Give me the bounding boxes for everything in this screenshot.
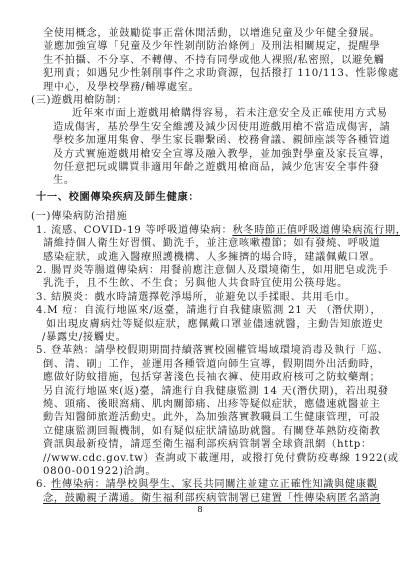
text-line: 請維持個人衛生好習慣、勤洗手，並注意咳嗽禮節；如有發燒、呼吸道 xyxy=(43,237,400,250)
text-segment: (三)遊戲用槍防制： xyxy=(31,95,127,106)
text-segment: 請維持個人衛生好習慣、勤洗手，並注意咳嗽禮節；如有發燒、呼吸道 xyxy=(43,238,381,249)
text-line: 燒、頭痛、後眼窩痛、肌肉關節痛、出疹等疑似症狀，應儘速就醫並主 xyxy=(43,398,400,411)
text-segment: 0800-001922)洽詢。 xyxy=(43,466,156,477)
text-segment: 動告知醫師旅遊活動史。此外，為加強落實教職員工生健康管理，可設 xyxy=(43,412,381,423)
text-line: 犯刑責；如遇兒少性剝削事件之求助資源，包括撥打 110/113、性影像處 xyxy=(43,67,400,80)
text-segment: 4.M 痘：自流行地區來/返臺，請進行自我健康監測 21 天 （潛伏期）， xyxy=(36,305,381,316)
text-line: 並應加強宣導「兒童及少年性剝削防治條例」及刑法相關規定，提醒學 xyxy=(43,40,400,53)
text-line: 5. 登革熱：請學校假期期間持續落實校園權管場域環境消毒及執行「巡、 xyxy=(36,344,400,357)
text-segment: 勿任意把玩或購買非適用年齡之遊戲用槍商品，減少危害安全事件發 xyxy=(53,162,380,173)
text-line: 學校多加運用集會、學生家長聯繫函、校務會議、親師座談等各種管道 xyxy=(53,134,400,147)
text-segment: 生不拍攝、不分享、不轉傳、不持有同學或他人裸照/私密照，以避免觸 xyxy=(43,55,385,66)
text-line: 3. 結膜炎：戲水時請選擇乾淨場所，並避免以手揉眼、共用毛巾。 xyxy=(36,291,400,304)
text-segment: 乳洗手，且不生飲、不生食；另與他人共食時宜使用公筷母匙。 xyxy=(43,278,348,289)
text-line: 全使用概念，並鼓勵從事正當休閒活動，以增進兒童及少年健全發展。 xyxy=(43,27,400,40)
text-line: //www.cdc.gov.tw）查詢或下載運用，或撥打免付費防疫專線 1922… xyxy=(43,452,400,465)
text-segment: 造成傷害，基於學生安全維護及減少因使用遊戲用槍不當造成傷害，請 xyxy=(53,122,391,133)
text-segment: 應做好防蚊措施，包括穿著淺色長袖衣褲、使用政府核可之防蚊藥劑； xyxy=(43,372,381,383)
text-line: (一)傳染病防治措施 xyxy=(31,210,400,223)
text-segment: 另自流行地區來(返)臺，請進行自我健康監測 14 天(潛伏期)，若出現發 xyxy=(43,386,389,397)
text-line: 6. 性傳染病：請學校與學生、家長共同關注並建立正確性知識與健康觀 xyxy=(36,478,400,491)
text-segment: 學校多加運用集會、學生家長聯繫函、校務會議、親師座談等各種管道 xyxy=(53,135,391,146)
text-line: 生不拍攝、不分享、不轉傳、不持有同學或他人裸照/私密照，以避免觸 xyxy=(43,54,400,67)
text-segment: //www.cdc.gov.tw）查詢或下載運用，或撥打免付費防疫專線 1922… xyxy=(43,453,399,464)
text-line: 及方式實施遊戲用槍安全宣導及融入教學，並加強對學童及家長宣導， xyxy=(53,148,400,161)
text-line: (三)遊戲用槍防制： xyxy=(31,94,400,107)
text-segment: 生。 xyxy=(53,175,75,186)
text-segment: 5. 登革熱：請學校假期期間持續落實校園權管場域環境消毒及執行「巡、 xyxy=(36,345,389,356)
document-page: 全使用概念，並鼓勵從事正當休閒活動，以增進兒童及少年健全發展。並應加強宣導「兒童… xyxy=(0,0,400,566)
text-segment: 2. 腸胃炎等腸道傳染病：用餐前應注意個人及環境衛生，如用肥皂或洗手 xyxy=(36,265,389,276)
text-line: 1. 流感、COVID-19 等呼吸道傳染病：秋冬時節正值呼吸道傳染病流行期， xyxy=(36,224,400,237)
text-line: 造成傷害，基於學生安全維護及減少因使用遊戲用槍不當造成傷害，請 xyxy=(53,121,400,134)
text-segment: 並應加強宣導「兒童及少年性剝削防治條例」及刑法相關規定，提醒學 xyxy=(43,41,381,52)
text-line: 感染症狀，或進入醫療照護機構、人多擁擠的場合時，建議佩戴口罩。 xyxy=(43,251,400,264)
text-segment: 立健康監測回報機制，如有疑似症狀請協助就醫。有關登革熱防疫衛教 xyxy=(43,426,381,437)
text-segment: 及方式實施遊戲用槍安全宣導及融入教學，並加強對學童及家長宣導， xyxy=(53,149,391,160)
text-line: 0800-001922)洽詢。 xyxy=(43,465,400,478)
text-line: /暴露史/接觸史。 xyxy=(42,331,400,344)
text-segment: 1. 流感、COVID-19 等呼吸道傳染病： xyxy=(36,225,232,236)
text-segment: /暴露史/接觸史。 xyxy=(42,332,126,343)
text-segment: 感染症狀，或進入醫療照護機構、人多擁擠的場合時，建議佩戴口罩。 xyxy=(43,252,381,263)
underlined-text: 秋冬時節正值呼吸道傳染病流行期， xyxy=(232,225,400,236)
text-segment: 近年來市面上遊戲用槍購得容易，若未注意安全及正確使用方式易 xyxy=(72,108,388,119)
text-line: 動告知醫師旅遊活動史。此外，為加強落實教職員工生健康管理，可設 xyxy=(43,411,400,424)
text-line: 資訊與最新疫情，請逕至衛生福利部疾病管制署全球資訊網（http： xyxy=(43,438,400,451)
text-line: 如出現皮膚病灶等疑似症狀，應佩戴口罩並儘速就醫，主動告知旅遊史 xyxy=(46,318,400,331)
document-body: 全使用概念，並鼓勵從事正當休閒活動，以增進兒童及少年健全發展。並應加強宣導「兒童… xyxy=(0,27,400,505)
text-segment: 理中心，及學校學務/輔導處室。 xyxy=(43,82,200,93)
text-line: 勿任意把玩或購買非適用年齡之遊戲用槍商品，減少危害安全事件發 xyxy=(53,161,400,174)
text-line: 另自流行地區來(返)臺，請進行自我健康監測 14 天(潛伏期)，若出現發 xyxy=(43,385,400,398)
text-segment: (一)傳染病防治措施 xyxy=(31,211,127,222)
text-line: 4.M 痘：自流行地區來/返臺，請進行自我健康監測 21 天 （潛伏期）， xyxy=(36,304,400,317)
text-segment: 6. xyxy=(36,479,51,490)
text-line: 乳洗手，且不生飲、不生食；另與他人共食時宜使用公筷母匙。 xyxy=(43,277,400,290)
text-segment: 全使用概念，並鼓勵從事正當休閒活動，以增進兒童及少年健全發展。 xyxy=(43,28,381,39)
text-line: 2. 腸胃炎等腸道傳染病：用餐前應注意個人及環境衛生，如用肥皂或洗手 xyxy=(36,264,400,277)
text-line: 生。 xyxy=(53,174,400,187)
text-segment: 3. 結膜炎：戲水時請選擇乾淨場所，並避免以手揉眼、共用毛巾。 xyxy=(36,292,356,303)
text-line: 立健康監測回報機制，如有疑似症狀請協助就醫。有關登革熱防疫衛教 xyxy=(43,425,400,438)
page-number: 8 xyxy=(0,504,400,516)
text-line: 理中心，及學校學務/輔導處室。 xyxy=(43,81,400,94)
text-line: 應做好防蚊措施，包括穿著淺色長袖衣褲、使用政府核可之防蚊藥劑； xyxy=(43,371,400,384)
text-line: 近年來市面上遊戲用槍購得容易，若未注意安全及正確使用方式易 xyxy=(72,107,400,120)
text-segment: 如出現皮膚病灶等疑似症狀，應佩戴口罩並儘速就醫，主動告知旅遊史 xyxy=(46,319,384,330)
underlined-text: 性傳染病：請學校與學生、家長共同關注並建立正確性知識與健康觀 xyxy=(51,479,378,490)
underlined-text: 念，鼓勵親子溝通。衛生福利部疾病管制署已建置「性傳染病匿名諮詢 xyxy=(43,493,381,504)
text-line: 十一、校園傳染疾病及師生健康： xyxy=(36,191,400,204)
text-segment: 犯刑責；如遇兒少性剝削事件之求助資源，包括撥打 110/113、性影像處 xyxy=(43,68,399,79)
text-line: 倒、清、刷」工作，並運用各種管道向師生宣導，假期間外出活動時， xyxy=(43,358,400,371)
text-segment: 倒、清、刷」工作，並運用各種管道向師生宣導，假期間外出活動時， xyxy=(43,359,381,370)
text-segment: 十一、校園傳染疾病及師生健康： xyxy=(36,191,199,203)
text-segment: 燒、頭痛、後眼窩痛、肌肉關節痛、出疹等疑似症狀，應儘速就醫並主 xyxy=(43,399,381,410)
text-segment: 資訊與最新疫情，請逕至衛生福利部疾病管制署全球資訊網（http： xyxy=(43,439,372,450)
